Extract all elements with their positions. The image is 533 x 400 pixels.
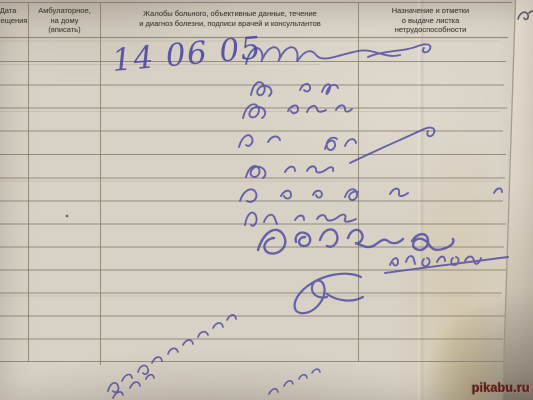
scrawl-note-right [390, 256, 481, 266]
scrawl-row4 [239, 135, 356, 150]
handwriting-layer: 14 06 05 [0, 0, 533, 400]
scanned-medical-record-photo: Дата посещения Амбулаторное, на дому (вп… [0, 0, 533, 400]
scrawl-note-underline [385, 257, 508, 273]
handwriting-scrawl [108, 44, 508, 398]
scrawl-bottom-small [269, 369, 320, 394]
corner-ink-mark [518, 11, 533, 19]
scrawl-row6-tick [494, 188, 502, 193]
scrawl-bottom-left-second [113, 375, 154, 398]
page-edge-line [503, 0, 516, 400]
scrawl-flourish [295, 274, 363, 314]
handwritten-date: 14 06 05 [111, 30, 264, 79]
scrawl-row2 [251, 82, 338, 96]
scrawl-row7 [245, 213, 356, 226]
scrawl-bottom-left-main [108, 315, 236, 392]
scrawl-row4-diagonal [350, 128, 434, 163]
scrawl-row6 [240, 189, 408, 202]
scrawl-signature [258, 229, 453, 253]
scrawl-row5 [246, 166, 333, 178]
watermark: pikabu.ru [472, 381, 530, 395]
scrawl-row3 [243, 104, 352, 118]
scrawl-row1 [246, 47, 400, 64]
